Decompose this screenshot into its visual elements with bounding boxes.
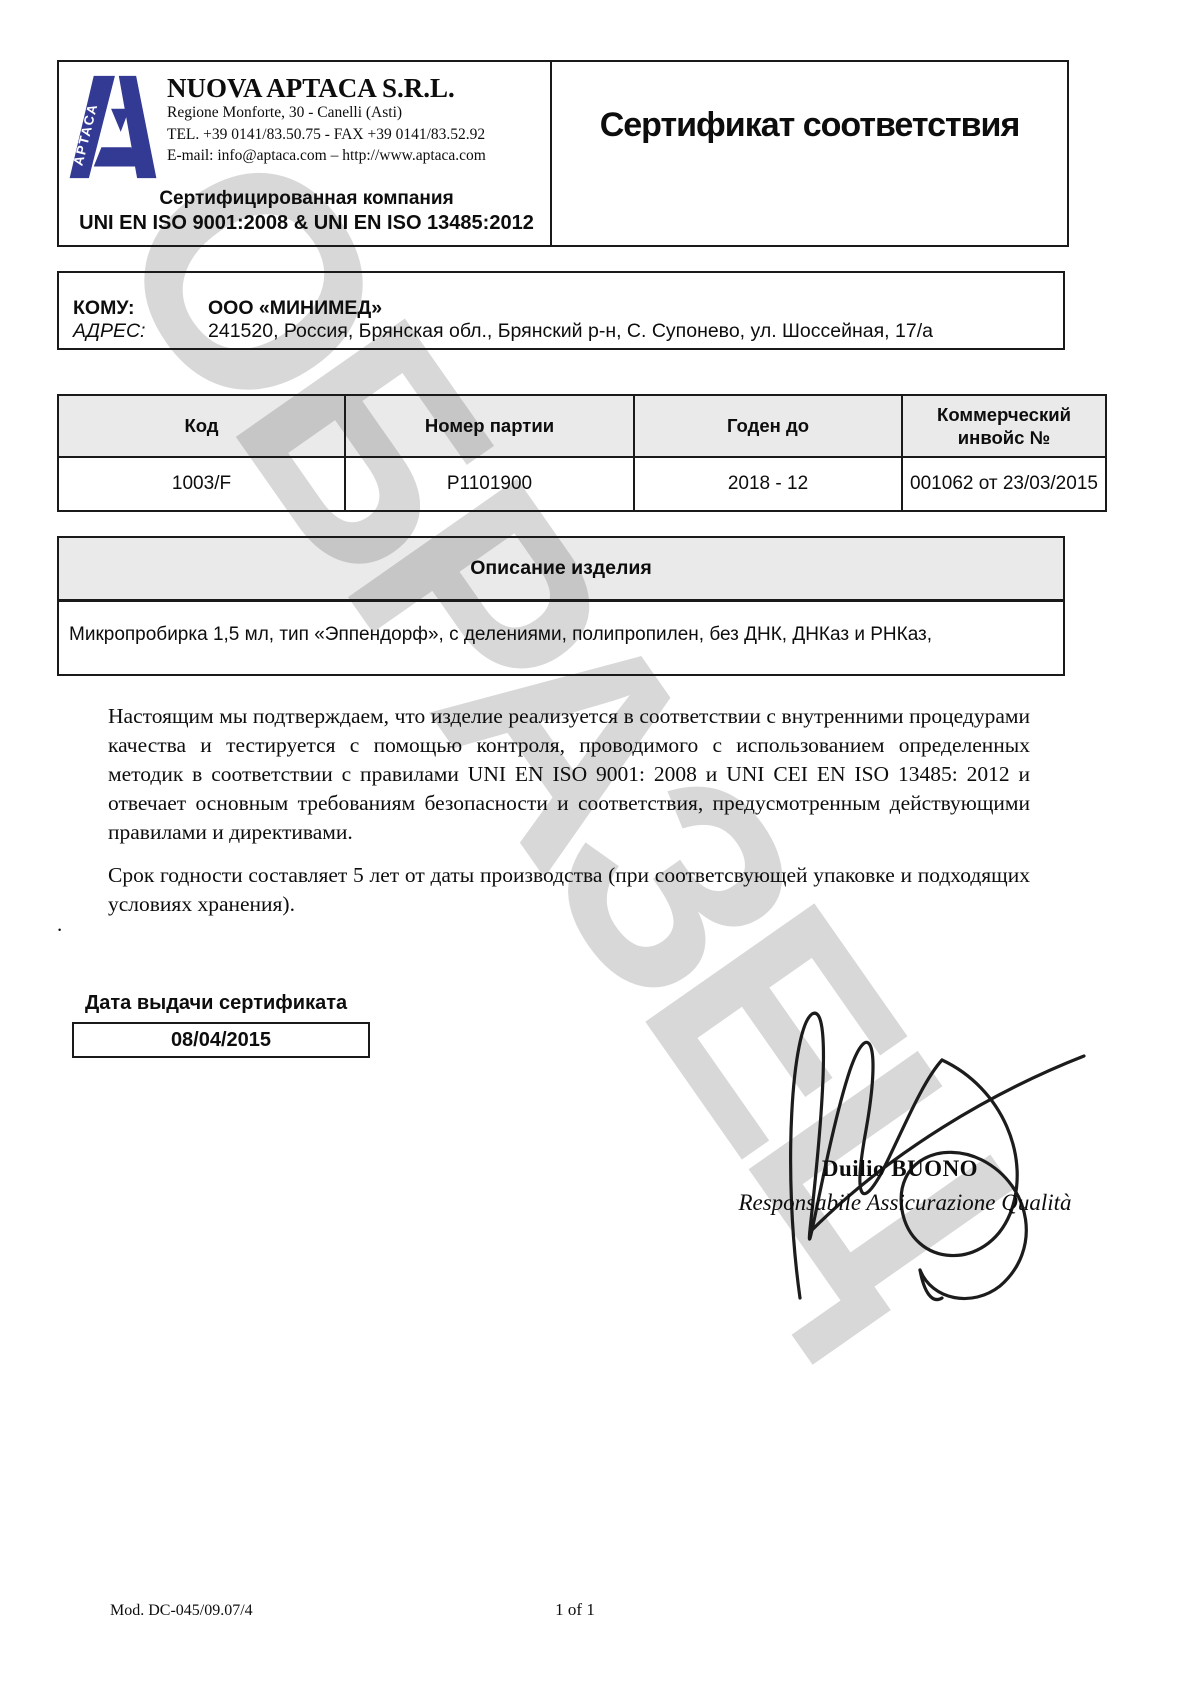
description-text: Микропробирка 1,5 мл, тип «Эппендорф», с… — [59, 602, 1063, 674]
conformity-paragraph: Настоящим мы подтверждаем, что изделие р… — [108, 702, 1030, 847]
footer-doc-code: Mod. DC-045/09.07/4 — [110, 1602, 253, 1620]
footer-page-number: 1 of 1 — [500, 1600, 650, 1620]
company-name: NUOVA APTACA S.R.L. — [167, 74, 486, 102]
company-logo-icon: APTACA — [69, 74, 157, 180]
company-email: E-mail: info@aptaca.com – http://www.apt… — [167, 145, 486, 166]
cell-invoice: 001062 от 23/03/2015 — [902, 457, 1106, 511]
company-info: NUOVA APTACA S.R.L. Regione Monforte, 30… — [167, 72, 486, 166]
iso-standards-line: UNI EN ISO 9001:2008 & UNI EN ISO 13485:… — [69, 211, 544, 235]
recipient-address-row: АДРЕС: 241520, Россия, Брянская обл., Бр… — [59, 320, 1063, 343]
lot-table: Код Номер партии Годен до Коммерческий и… — [57, 394, 1107, 512]
address-value: 241520, Россия, Брянская обл., Брянский … — [208, 320, 933, 343]
to-label: КОМУ: — [59, 297, 208, 320]
document-title: Сертификат соответствия — [552, 106, 1067, 145]
product-description-box: Описание изделия Микропробирка 1,5 мл, т… — [57, 536, 1065, 676]
issue-date-label: Дата выдачи сертификата — [85, 992, 347, 1015]
certification-statement: Сертифицированная компания UNI EN ISO 90… — [69, 188, 544, 235]
header-box: APTACA NUOVA APTACA S.R.L. Regione Monfo… — [57, 60, 1069, 247]
certificate-page: ОБРАЗЕЦ APTACA NUOVA APTACA S.R.L. Regio… — [0, 0, 1200, 1697]
to-value: ООО «МИНИМЕД» — [208, 297, 382, 320]
issue-date-value: 08/04/2015 — [171, 1029, 271, 1052]
recipient-to-row: КОМУ: ООО «МИНИМЕД» — [59, 297, 1063, 320]
recipient-box: КОМУ: ООО «МИНИМЕД» АДРЕС: 241520, Росси… — [57, 271, 1065, 350]
issue-date-box: 08/04/2015 — [72, 1022, 370, 1058]
col-header-lot: Номер партии — [345, 395, 634, 457]
brand-row: APTACA NUOVA APTACA S.R.L. Regione Monfo… — [69, 72, 544, 180]
cell-code: 1003/F — [58, 457, 345, 511]
description-header: Описание изделия — [59, 538, 1063, 602]
company-phone: TEL. +39 0141/83.50.75 - FAX +39 0141/83… — [167, 124, 486, 145]
col-header-invoice: Коммерческий инвойс № — [902, 395, 1106, 457]
cell-lot: P1101900 — [345, 457, 634, 511]
lot-table-data-row: 1003/F P1101900 2018 - 12 001062 от 23/0… — [58, 457, 1106, 511]
address-label: АДРЕС: — [59, 320, 208, 343]
cell-expiry: 2018 - 12 — [634, 457, 902, 511]
col-header-expiry: Годен до — [634, 395, 902, 457]
company-address: Regione Monforte, 30 - Canelli (Asti) — [167, 102, 486, 123]
stray-period: . — [57, 912, 62, 937]
header-company-cell: APTACA NUOVA APTACA S.R.L. Regione Monfo… — [59, 62, 552, 245]
header-title-cell: Сертификат соответствия — [552, 62, 1067, 245]
shelf-life-paragraph: Срок годности составляет 5 лет от даты п… — [108, 861, 1030, 919]
signatory-role: Responsabile Assicurazione Qualità — [705, 1190, 1105, 1216]
lot-table-header-row: Код Номер партии Годен до Коммерческий и… — [58, 395, 1106, 457]
col-header-code: Код — [58, 395, 345, 457]
signatory-name: Duilio BUONO — [800, 1156, 1000, 1182]
statement-paragraphs: Настоящим мы подтверждаем, что изделие р… — [108, 702, 1030, 933]
certified-company-line: Сертифицированная компания — [69, 188, 544, 211]
